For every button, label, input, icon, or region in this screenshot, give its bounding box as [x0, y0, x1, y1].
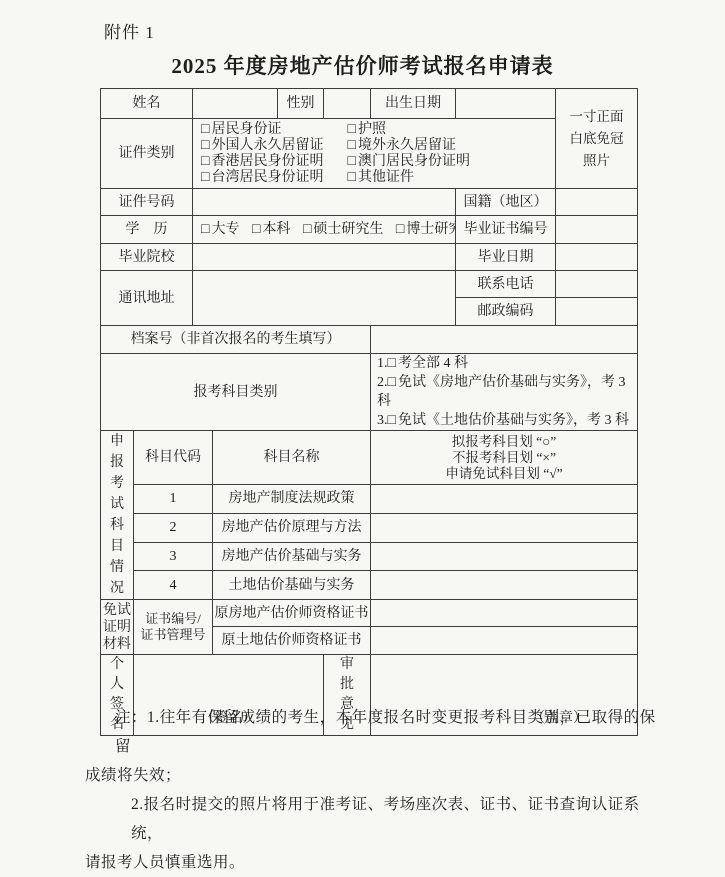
id-number-label: 证件号码	[101, 189, 193, 216]
dob-value-cell	[456, 89, 556, 119]
subject-code: 3	[134, 542, 213, 571]
row-personal: 姓名 性别 出生日期 一寸正面 白底免冠 照片	[101, 89, 638, 119]
cert-value-cell	[371, 627, 638, 655]
zip-value-cell	[556, 298, 638, 326]
address-value-cell	[193, 271, 456, 326]
id-type-label: 证件类别	[101, 119, 193, 189]
cert-row-label: 原土地估价师资格证书	[213, 627, 371, 655]
id-type-option-line: □台湾居民身份证明 □其他证件	[201, 170, 555, 186]
marking-instructions: 拟报考科目划 “○” 不报考科目划 “×” 申请免试科目划 “√”	[371, 431, 638, 485]
attachment-label: 附件 1	[104, 18, 155, 43]
exemption-side-label: 免试证明材料	[101, 600, 134, 655]
subject-row: 2 房地产估价原理与方法	[101, 513, 638, 542]
category-option-line: 3.□免试《土地估价基础与实务》，考 3 科	[377, 411, 637, 430]
subject-row: 1 房地产制度法规政策	[101, 485, 638, 514]
archive-label: 档案号（非首次报名的考生填写）	[101, 326, 371, 354]
education-options: □大专 □本科 □硕士研究生 □博士研究生	[193, 216, 456, 244]
diploma-no-label: 毕业证书编号	[456, 216, 556, 244]
checkbox-icon: □	[388, 375, 396, 390]
checkbox-icon: □	[388, 413, 396, 428]
checkbox-icon: □	[201, 222, 209, 237]
row-address: 通讯地址 联系电话	[101, 271, 638, 298]
id-type-option-label: 护照	[358, 122, 386, 137]
education-option-label: 博士研究生	[406, 222, 455, 237]
id-type-option-line: □居民身份证 □护照	[201, 122, 555, 138]
id-type-option-label: 居民身份证	[211, 122, 281, 137]
footer-notes: 注：1.往年有保留成绩的考生，本年度报名时变更报考科目类别，已取得的保留 成绩将…	[85, 703, 660, 877]
category-option-num: 2.	[377, 375, 388, 390]
subjects-side-label: 申报考试科目情况	[101, 431, 134, 600]
row-education: 学 历 □大专 □本科 □硕士研究生 □博士研究生 毕业证书编号	[101, 216, 638, 244]
category-option-line: 1.□考全部 4 科	[377, 354, 637, 373]
education-label: 学 历	[101, 216, 193, 244]
row-archive: 档案号（非首次报名的考生填写）	[101, 326, 638, 354]
subject-mark-cell	[371, 542, 638, 571]
checkbox-icon: □	[201, 170, 209, 185]
id-number-value-cell	[193, 189, 456, 216]
photo-note: 一寸正面 白底免冠 照片	[556, 89, 638, 189]
diploma-no-value-cell	[556, 216, 638, 244]
address-label: 通讯地址	[101, 271, 193, 326]
nationality-value-cell	[556, 189, 638, 216]
school-value-cell	[193, 244, 456, 271]
subject-name-header: 科目名称	[213, 431, 371, 485]
cert-row-label: 原房地产估价师资格证书	[213, 600, 371, 627]
note-line: 2.报名时提交的照片将用于准考证、考场座次表、证书、证书查询认证系统，	[131, 790, 660, 848]
subject-code-header: 科目代码	[134, 431, 213, 485]
name-label: 姓名	[101, 89, 193, 119]
id-type-option-line: □外国人永久居留证 □境外永久居留证	[201, 138, 555, 154]
subject-name: 土地估价基础与实务	[213, 571, 371, 600]
subject-mark-cell	[371, 485, 638, 514]
category-option-num: 3.	[377, 413, 388, 428]
checkbox-icon: □	[348, 122, 356, 137]
row-category: 报考科目类别 1.□考全部 4 科 2.□免试《房地产估价基础与实务》，考 3 …	[101, 354, 638, 431]
checkbox-icon: □	[252, 222, 260, 237]
subject-name: 房地产估价原理与方法	[213, 513, 371, 542]
category-option-label: 免试《土地估价基础与实务》，考 3 科	[398, 413, 629, 428]
id-type-option-label: 境外永久居留证	[358, 138, 456, 153]
note-line: 请报考人员慎重选用。	[85, 848, 660, 877]
row-id-number: 证件号码 国籍（地区）	[101, 189, 638, 216]
subject-code: 2	[134, 513, 213, 542]
education-option-label: 大专	[211, 222, 239, 237]
category-option-label: 免试《房地产估价基础与实务》，考 3 科	[377, 375, 625, 409]
education-option-label: 本科	[262, 222, 290, 237]
id-type-options: □居民身份证 □护照 □外国人永久居留证 □境外永久居留证 □香港居民身份证明 …	[193, 119, 556, 189]
subject-row: 4 土地估价基础与实务	[101, 571, 638, 600]
application-form-table: 姓名 性别 出生日期 一寸正面 白底免冠 照片 证件类别 □居民身份证 □护照 …	[100, 88, 638, 736]
phone-value-cell	[556, 271, 638, 298]
checkbox-icon: □	[201, 154, 209, 169]
row-exemption: 免试证明材料 证书编号/ 证书管理号 原房地产估价师资格证书	[101, 600, 638, 627]
subject-name: 房地产估价基础与实务	[213, 542, 371, 571]
note-line: 注：1.往年有保留成绩的考生，本年度报名时变更报考科目类别，已取得的保留	[115, 703, 660, 761]
subject-row: 3 房地产估价基础与实务	[101, 542, 638, 571]
category-option-line: 2.□免试《房地产估价基础与实务》，考 3 科	[377, 373, 637, 411]
subject-name: 房地产制度法规政策	[213, 485, 371, 514]
checkbox-icon: □	[388, 356, 396, 371]
subject-mark-cell	[371, 571, 638, 600]
name-value-cell	[193, 89, 278, 119]
archive-value-cell	[371, 326, 638, 354]
gender-value-cell	[324, 89, 371, 119]
graduation-date-label: 毕业日期	[456, 244, 556, 271]
category-options: 1.□考全部 4 科 2.□免试《房地产估价基础与实务》，考 3 科 3.□免试…	[371, 354, 638, 431]
nationality-label: 国籍（地区）	[456, 189, 556, 216]
row-subject-header: 申报考试科目情况 科目代码 科目名称 拟报考科目划 “○” 不报考科目划 “×”…	[101, 431, 638, 485]
education-option-label: 硕士研究生	[313, 222, 383, 237]
checkbox-icon: □	[201, 122, 209, 137]
dob-label: 出生日期	[371, 89, 456, 119]
category-label: 报考科目类别	[101, 354, 371, 431]
form-title: 2025 年度房地产估价师考试报名申请表	[0, 50, 725, 80]
checkbox-icon: □	[348, 138, 356, 153]
category-option-num: 1.	[377, 356, 388, 371]
cert-number-label: 证书编号/ 证书管理号	[134, 600, 213, 655]
subject-mark-cell	[371, 513, 638, 542]
checkbox-icon: □	[201, 138, 209, 153]
zip-label: 邮政编码	[456, 298, 556, 326]
subject-code: 1	[134, 485, 213, 514]
graduation-date-value-cell	[556, 244, 638, 271]
subject-code: 4	[134, 571, 213, 600]
checkbox-icon: □	[396, 222, 404, 237]
id-type-option-label: 其他证件	[358, 170, 414, 185]
id-type-option-label: 澳门居民身份证明	[358, 154, 470, 169]
id-type-option-label: 外国人永久居留证	[211, 138, 323, 153]
checkbox-icon: □	[348, 170, 356, 185]
phone-label: 联系电话	[456, 271, 556, 298]
id-type-option-line: □香港居民身份证明 □澳门居民身份证明	[201, 154, 555, 170]
school-label: 毕业院校	[101, 244, 193, 271]
row-school: 毕业院校 毕业日期	[101, 244, 638, 271]
gender-label: 性别	[278, 89, 324, 119]
id-type-option-label: 香港居民身份证明	[211, 154, 323, 169]
category-option-label: 考全部 4 科	[398, 356, 468, 371]
cert-value-cell	[371, 600, 638, 627]
checkbox-icon: □	[348, 154, 356, 169]
id-type-option-label: 台湾居民身份证明	[211, 170, 323, 185]
checkbox-icon: □	[303, 222, 311, 237]
note-line: 成绩将失效；	[85, 761, 660, 790]
